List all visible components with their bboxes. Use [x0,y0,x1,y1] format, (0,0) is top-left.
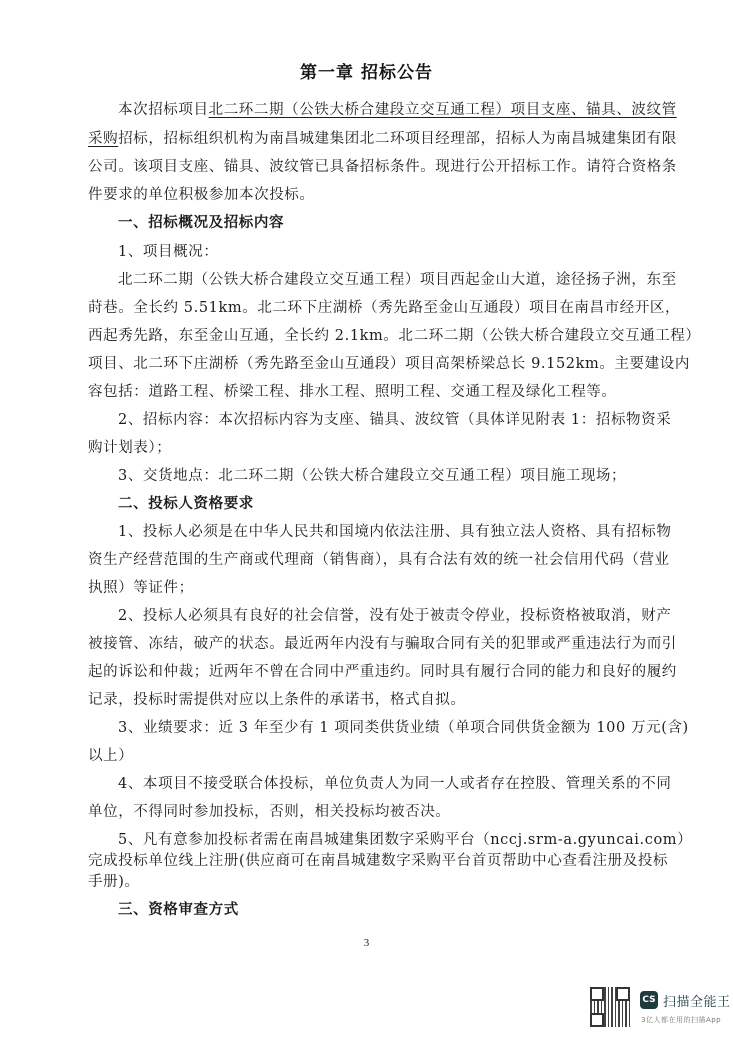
project-name-underlined: 北二环二期（公铁大桥合建段立交互通工程）项目支座、锚具、波纹管 [209,102,677,118]
intro-text: 本次招标项目 [118,102,209,118]
section-2-item-3-line: 以上） [88,744,133,765]
section-2-heading: 二、投标人资格要求 [118,492,254,513]
section-2-item-2-line: 被接管、冻结，破产的状态。最近两年内没有与骗取合同有关的犯罪或严重违法行为而引 [88,632,677,653]
section-2-item-2-line: 起的诉讼和仲裁；近两年不曾在合同中严重违约。同时具有履行合同的能力和良好的履约 [88,660,677,681]
app-tagline: 3亿人都在用的扫描App [641,1015,721,1025]
section-2-item-5-line: 手册)。 [88,870,140,891]
section-1-item-1-line: 莳巷。全长约 5.51km。北二环下庄湖桥（秀先路至金山互通段）项目在南昌市经开… [88,296,680,317]
section-1-item-1-line: 项目、北二环下庄湖桥（秀先路至金山互通段）项目高架桥梁总长 9.152km。主要… [88,352,690,373]
intro-line-2: 采购招标，招标组织机构为南昌城建集团北二环项目经理部，招标人为南昌城建集团有限 [88,127,677,148]
section-2-item-4-line: 单位，不得同时参加投标，否则，相关投标均被否决。 [88,800,450,821]
intro-text: 招标，招标组织机构为南昌城建集团北二环项目经理部，招标人为南昌城建集团有限 [118,131,677,147]
app-name: 扫描全能王 [663,991,731,1010]
section-2-item-2-line: 2、投标人必须具有良好的社会信誉，没有处于被责令停业，投标资格被取消，财产 [118,604,671,625]
document-page: 第一章 招标公告 本次招标项目北二环二期（公铁大桥合建段立交互通工程）项目支座、… [0,0,733,1039]
section-3-heading: 三、资格审查方式 [118,898,239,919]
qr-code-icon [590,987,630,1027]
section-1-heading: 一、招标概况及招标内容 [118,211,284,232]
section-1-item-1-line: 容包括：道路工程、桥梁工程、排水工程、照明工程、交通工程及绿化工程等。 [88,380,617,401]
intro-line-4: 件要求的单位积极参加本次投标。 [88,183,315,204]
section-2-item-5-line: 完成投标单位线上注册(供应商可在南昌城建数字采购平台首页帮助中心查看注册及投标 [88,849,668,870]
page-number: 3 [0,937,733,949]
intro-line-1: 本次招标项目北二环二期（公铁大桥合建段立交互通工程）项目支座、锚具、波纹管 [118,98,677,119]
section-2-item-2-line: 记录，投标时需提供对应以上条件的承诺书，格式自拟。 [88,688,466,709]
section-1-item-1-label: 1、项目概况： [118,240,218,261]
section-1-item-2-line: 2、招标内容：本次招标内容为支座、锚具、波纹管（具体详见附表 1：招标物资采 [118,408,671,429]
section-2-item-1-line: 资生产经营范围的生产商或代理商（销售商），具有合法有效的统一社会信用代码（营业 [88,548,670,569]
section-2-item-4-line: 4、本项目不接受联合体投标，单位负责人为同一人或者存在控股、管理关系的不同 [118,772,671,793]
intro-line-3: 公司。该项目支座、锚具、波纹管已具备招标条件。现进行公开招标工作。请符合资格条 [88,155,677,176]
camscanner-watermark: CS 扫描全能王 3亿人都在用的扫描App [590,987,733,1035]
section-2-item-1-line: 执照）等证件； [88,576,194,597]
section-1-item-2-line: 购计划表）； [88,436,171,457]
chapter-title: 第一章 招标公告 [0,58,733,83]
camscanner-logo-icon: CS [640,991,658,1009]
section-2-item-3-line: 3、业绩要求：近 3 年至少有 1 项同类供货业绩（单项合同供货金额为 100 … [118,716,689,737]
section-1-item-1-line: 北二环二期（公铁大桥合建段立交互通工程）项目西起金山大道，途径扬子洲，东至 [118,268,677,289]
section-2-item-5-line: 5、凡有意参加投标者需在南昌城建集团数字采购平台（nccj.srm-a.gyun… [118,828,692,849]
section-2-item-1-line: 1、投标人必须是在中华人民共和国境内依法注册、具有独立法人资格、具有招标物 [118,520,671,541]
section-1-item-1-line: 西起秀先路，东至金山互通，全长约 2.1km。北二环二期（公铁大桥合建段立交互通… [88,324,701,345]
project-name-underlined-cont: 采购 [88,131,118,147]
section-1-item-3: 3、交货地点：北二环二期（公铁大桥合建段立交互通工程）项目施工现场； [118,464,626,485]
